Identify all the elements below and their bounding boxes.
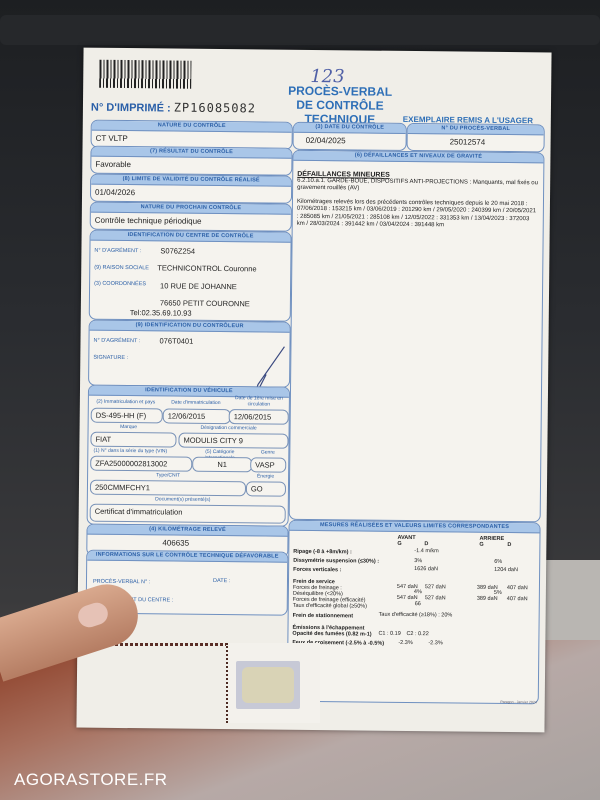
signature-label: SIGNATURE : (93, 355, 128, 361)
type-label: Type/CNIT (128, 472, 208, 479)
immat-value: DS-495-HH (F) (91, 408, 163, 424)
documents-label: Document(s) présenté(s) (128, 496, 238, 503)
document-title: PROCÈS-VERBAL DE CONTRÔLE TECHNIQUE (265, 83, 415, 127)
opacite-c1: C1 : 0.19 (378, 631, 400, 637)
defaillance-item: 6.2.10.a.1. GARDE-BOUE, DISPOSITIFS ANTI… (297, 178, 539, 195)
ripage-av: -1.4 m/km (414, 548, 439, 554)
stub-window-inner (242, 667, 294, 703)
opacite-c2: C2 : 0.22 (406, 631, 428, 637)
forces-vert-label: Forces verticales : (293, 567, 341, 574)
controleur-header: (9) IDENTIFICATION DU CONTRÔLEUR (90, 321, 290, 333)
immat-label: (2) Immatriculation et pays (91, 399, 161, 406)
centre-coord-label: (3) COORDONNÉES (94, 281, 146, 288)
imprime-number: N° D'IMPRIMÉ : ZP16085082 (91, 100, 256, 116)
ffe-av-d: 527 daN (425, 595, 446, 601)
barcode (99, 60, 191, 89)
stub-window (236, 661, 300, 709)
detachable-stub (226, 643, 320, 723)
forces-vert-av: 1626 daN (414, 566, 438, 572)
date-immat-label: Date d'immatriculation (161, 399, 231, 406)
watermark: AGORASTORE.FR (14, 770, 168, 790)
genre-value: VASP (250, 457, 286, 472)
taux-global: 66 (415, 601, 421, 607)
vin-value: ZFA25000002813002 (90, 456, 192, 472)
date-controle-box: (3) DATE DU CONTRÔLE 02/04/2025 (293, 122, 407, 151)
imprime-value: ZP16085082 (174, 101, 256, 116)
dissym-av: 3% (414, 558, 422, 564)
feux-g: -2.3% (398, 640, 412, 646)
date-controle-value: 02/04/2025 (294, 133, 406, 149)
feux-d: -2.3% (428, 640, 442, 646)
type-value: 250CMMFCHY1 (90, 480, 246, 497)
date-mec-value: 12/06/2015 (229, 409, 289, 425)
resultat-value: Favorable (91, 157, 291, 174)
ff-ar-d: 407 daN (507, 585, 528, 591)
energie-value: GO (246, 481, 286, 496)
mesures-header: MESURES RÉALISÉES ET VALEURS LIMITES COR… (290, 521, 540, 534)
avant-g: G (397, 541, 401, 547)
date-mec-label: Date de 1ère mise en circulation (229, 395, 289, 408)
centre-header: IDENTIFICATION DU CENTRE DE CONTRÔLE (91, 231, 291, 243)
centre-address-1: 10 RUE DE JOHANNE (160, 281, 237, 291)
centre-tel: Tel:02.35.69.10.93 (130, 308, 192, 318)
designation-value: MODULIS CITY 9 (178, 433, 288, 449)
background-shelf (0, 15, 600, 45)
arriere-d: D (507, 542, 511, 548)
limite-box: (8) LIMITE DE VALIDITÉ DU CONTRÔLE RÉALI… (90, 174, 292, 204)
energie-label: Énergie (248, 473, 283, 479)
ffe-ar-d: 407 daN (507, 596, 528, 602)
ripage-label: Ripage (-8 à +8m/km) : (293, 549, 352, 556)
dissym-label: Dissymétrie suspension (≤30%) : (293, 558, 379, 565)
date-immat-value: 12/06/2015 (163, 408, 231, 424)
mesures-box: MESURES RÉALISÉES ET VALEURS LIMITES COR… (287, 520, 541, 705)
genre-label: Genre (250, 449, 285, 455)
forces-vert-ar: 1204 daN (494, 567, 518, 573)
prochain-box: NATURE DU PROCHAIN CONTRÔLE Contrôle tec… (90, 202, 292, 232)
resultat-box: (7) RÉSULTAT DU CONTRÔLE Favorable (90, 146, 292, 176)
marque-label: Marque (99, 424, 159, 431)
pv-number-value: 25012574 (408, 134, 544, 150)
imprime-label: N° D'IMPRIMÉ : (91, 102, 171, 115)
ffe-ar-g: 389 daN (477, 596, 498, 602)
dissym-ar: 6% (494, 559, 502, 565)
stationnement-value: Taux d'efficacité (≥18%) : 20% (379, 612, 453, 619)
kilometrage-history: Kilométrages relevés lors des précédents… (297, 199, 539, 231)
defavorable-date-label: DATE : (213, 578, 230, 584)
categorie-value: N1 (192, 457, 252, 473)
pv-number-box: N° DU PROCÈS-VERBAL 25012574 (407, 123, 545, 152)
arriere-g: G (479, 542, 483, 548)
marque-value: FIAT (90, 432, 176, 448)
controleur-agrement-label: N° D'AGRÉMENT : (93, 338, 140, 344)
documents-value: Certificat d'immatriculation (90, 504, 286, 524)
vin-label: (1) N° dans la série du type (VIN) (90, 448, 170, 455)
opacite-label: Opacité des fumées (0.82 m-1) (292, 631, 371, 638)
defaillances-box: (6) DÉFAILLANCES ET NIVEAUX DE GRAVITÉ D… (289, 150, 545, 523)
centre-raison-label: (9) RAISON SOCIALE (94, 265, 149, 272)
centre-agrement: S076Z254 (160, 246, 195, 255)
centre-address-2: 76650 PETIT COURONNE (160, 298, 250, 308)
controleur-agrement: 076T0401 (159, 336, 193, 345)
taux-global-label: Taux d'efficacité global (≥50%) (293, 603, 367, 610)
centre-box: IDENTIFICATION DU CENTRE DE CONTRÔLE N° … (89, 230, 292, 322)
defavorable-header: INFORMATIONS SUR LE CONTRÔLE TECHNIQUE D… (87, 551, 287, 563)
inspection-report: 123 PROCÈS-VERBAL DE CONTRÔLE TECHNIQUE … (76, 48, 551, 733)
limite-value: 01/04/2026 (91, 185, 291, 202)
avant-d: D (424, 541, 428, 547)
centre-agrement-label: N° D'AGRÉMENT : (94, 248, 141, 254)
form-footer: Paragon - Janvier 2024 (500, 700, 536, 704)
title-line-1: PROCÈS-VERBAL (265, 83, 415, 99)
centre-raison: TECHNICONTROL Couronne (157, 263, 256, 273)
vehicule-box: IDENTIFICATION DU VÉHICULE (2) Immatricu… (87, 385, 290, 527)
stationnement-label: Frein de stationnement (293, 613, 354, 620)
ff-av-d: 527 daN (425, 584, 446, 590)
prochain-value: Contrôle technique périodique (91, 213, 291, 230)
designation-label: Désignation commerciale (179, 425, 279, 432)
